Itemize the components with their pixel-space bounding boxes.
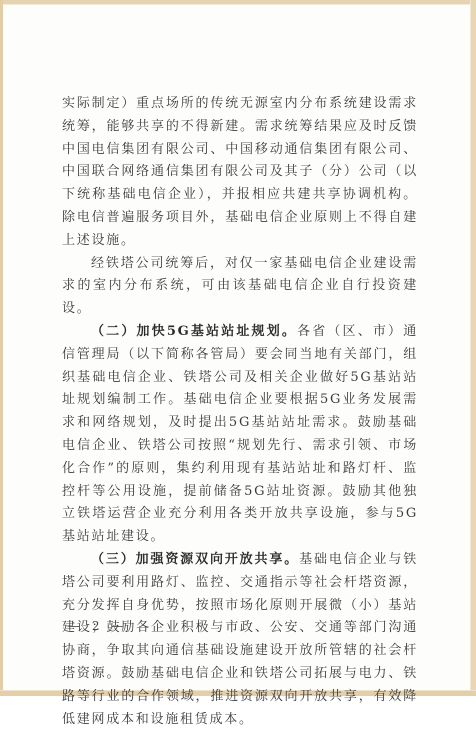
section-heading: （二）加快5G基站站址规划。 [91,324,297,339]
scanned-page: 实际制定）重点场所的传统无源室内分布系统建设需求统筹，能够共享的不得新建。需求统… [0,0,476,696]
page-border-left [0,0,3,696]
section-heading: （三）加强资源双向开放共享。 [91,552,299,567]
paragraph-text: 实际制定）重点场所的传统无源室内分布系统建设需求统筹，能够共享的不得新建。需求统… [62,96,418,248]
page-border-top-inner [0,4,476,5]
paragraph-continuation: 实际制定）重点场所的传统无源室内分布系统建设需求统筹，能够共享的不得新建。需求统… [62,93,418,253]
paragraph-text: 各省（区、市）通信管理局（以下简称各管局）要会同当地有关部门，组织基础电信企业、… [62,324,418,544]
paragraph-text: 经铁塔公司统筹后，对仅一家基础电信企业建设需求的室内分布系统，可由该基础电信企业… [62,256,418,317]
document-body: 实际制定）重点场所的传统无源室内分布系统建设需求统筹，能够共享的不得新建。需求统… [62,93,418,696]
paragraph-indoor-distribution: 经铁塔公司统筹后，对仅一家基础电信企业建设需求的室内分布系统，可由该基础电信企业… [62,253,418,321]
page-border-right-inner [470,0,471,696]
paragraph-5g-site-planning: （二）加快5G基站站址规划。各省（区、市）通信管理局（以下简称各管局）要会同当地… [62,321,418,549]
page-border-right [471,0,476,696]
page-number: — 2 — [68,619,127,633]
